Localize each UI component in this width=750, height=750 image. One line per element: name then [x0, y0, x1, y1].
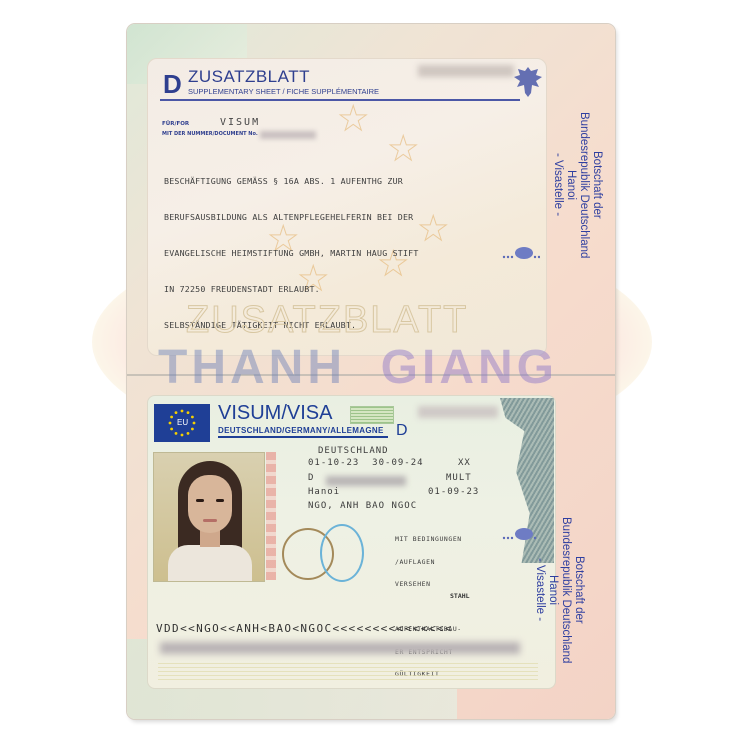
star-icon: ★ [418, 209, 448, 249]
brand-word: THANH [158, 341, 346, 394]
validity-dates-value: 01-10-23 30-09-24 [308, 458, 424, 468]
body-line: BERUFSAUSBILDUNG ALS ALTENPFLEGEHELFERIN… [164, 211, 419, 223]
for-label: FÜR/FOR [162, 121, 189, 127]
star-icon: ★ [338, 99, 368, 139]
document-number-label: MIT DER NUMMER/DOCUMENT No. [162, 131, 258, 137]
visa-sticker: EU VISUM/VISA DEUTSCHLAND/GERMANY/ALLEMA… [147, 395, 556, 689]
visa-subtitle: DEUTSCHLAND/GERMANY/ALLEMAGNE [218, 426, 384, 435]
stamp-line: - Visastelle - [551, 65, 564, 305]
security-seal [320, 524, 364, 582]
embassy-stamp-top: Botschaft der Bundesrepublik Deutschland… [551, 65, 603, 305]
redacted-passport-number [326, 476, 406, 486]
visa-type-value: D [308, 473, 314, 483]
stamp-line: Botschaft der [590, 65, 603, 305]
visa-type-letter: D [396, 422, 408, 440]
sheet-watermark: ZUSATZBLATT [186, 299, 468, 342]
sheet-subtitle: SUPPLEMENTARY SHEET / FICHE SUPPLÉMENTAI… [188, 87, 379, 96]
security-emblem-icon [500, 245, 540, 261]
stamp-line: Hanoi [546, 470, 559, 710]
holder-photo [153, 452, 265, 582]
entries-value: MULT [446, 473, 472, 483]
sheet-title: ZUSATZBLATT [188, 67, 310, 87]
brand-word: GIANG [381, 341, 558, 394]
photo-eye [196, 499, 204, 502]
redacted-mrz-line-2 [160, 642, 520, 654]
photo-shirt [168, 545, 252, 582]
stamp-line: Hanoi [564, 65, 577, 305]
redacted-document-number [418, 65, 514, 77]
remark-line: MIT BEDINGUNGEN [395, 536, 462, 544]
eu-flag-icon: EU [154, 404, 210, 442]
brand-watermark: THANH GIANG [158, 340, 608, 395]
holder-name-value: NGO, ANH BAO NGOC [308, 501, 417, 511]
redacted-visa-number [418, 406, 498, 418]
eu-label: EU [177, 418, 188, 427]
redacted-number [260, 131, 316, 139]
stamp-line: Bundesrepublik Deutschland [559, 470, 572, 710]
supplementary-sheet: ★ ★ ★ ★ ★ ★ D ZUSATZBLATT SUPPLEMENTARY … [147, 58, 547, 356]
stamp-line: Bundesrepublik Deutschland [577, 65, 590, 305]
stamp-line: - Visastelle - [533, 470, 546, 710]
stamp-line: Botschaft der [572, 470, 585, 710]
body-line: IN 72250 FREUDENSTADT ERLAUBT. [164, 283, 419, 295]
signature: STAHL [450, 592, 470, 600]
microprint-footer [158, 662, 538, 680]
photo-eye [216, 499, 224, 502]
body-line: BESCHÄFTIGUNG GEMÄSS § 16A ABS. 1 AUFENT… [164, 175, 419, 187]
remark-line: /AUFLAGEN [395, 559, 462, 567]
body-line: EVANGELISCHE HEIMSTIFTUNG GMBH, MARTIN H… [164, 247, 419, 259]
valid-for-value: DEUTSCHLAND [318, 446, 389, 456]
for-value: VISUM [220, 117, 260, 128]
issued-in-value: Hanoi [308, 487, 340, 497]
visa-title: VISUM/VISA [218, 402, 332, 425]
remark-line [395, 604, 462, 612]
divider [218, 436, 388, 438]
duration-value: XX [458, 458, 471, 468]
country-code: D [163, 69, 182, 100]
security-print [350, 406, 394, 424]
divider [160, 99, 520, 101]
embassy-stamp-bottom: Botschaft der Bundesrepublik Deutschland… [533, 470, 585, 710]
security-strip [266, 452, 276, 580]
photo-face [188, 475, 232, 533]
remark-line: VERSEHEN [395, 581, 462, 589]
mrz-line-1: VDD<<NGO<<ANH<BAO<NGOC<<<<<<<<<<<<<<< [156, 622, 453, 635]
issue-date-value: 01-09-23 [428, 487, 479, 497]
federal-eagle-icon [514, 65, 542, 99]
photo-mouth [203, 519, 217, 522]
